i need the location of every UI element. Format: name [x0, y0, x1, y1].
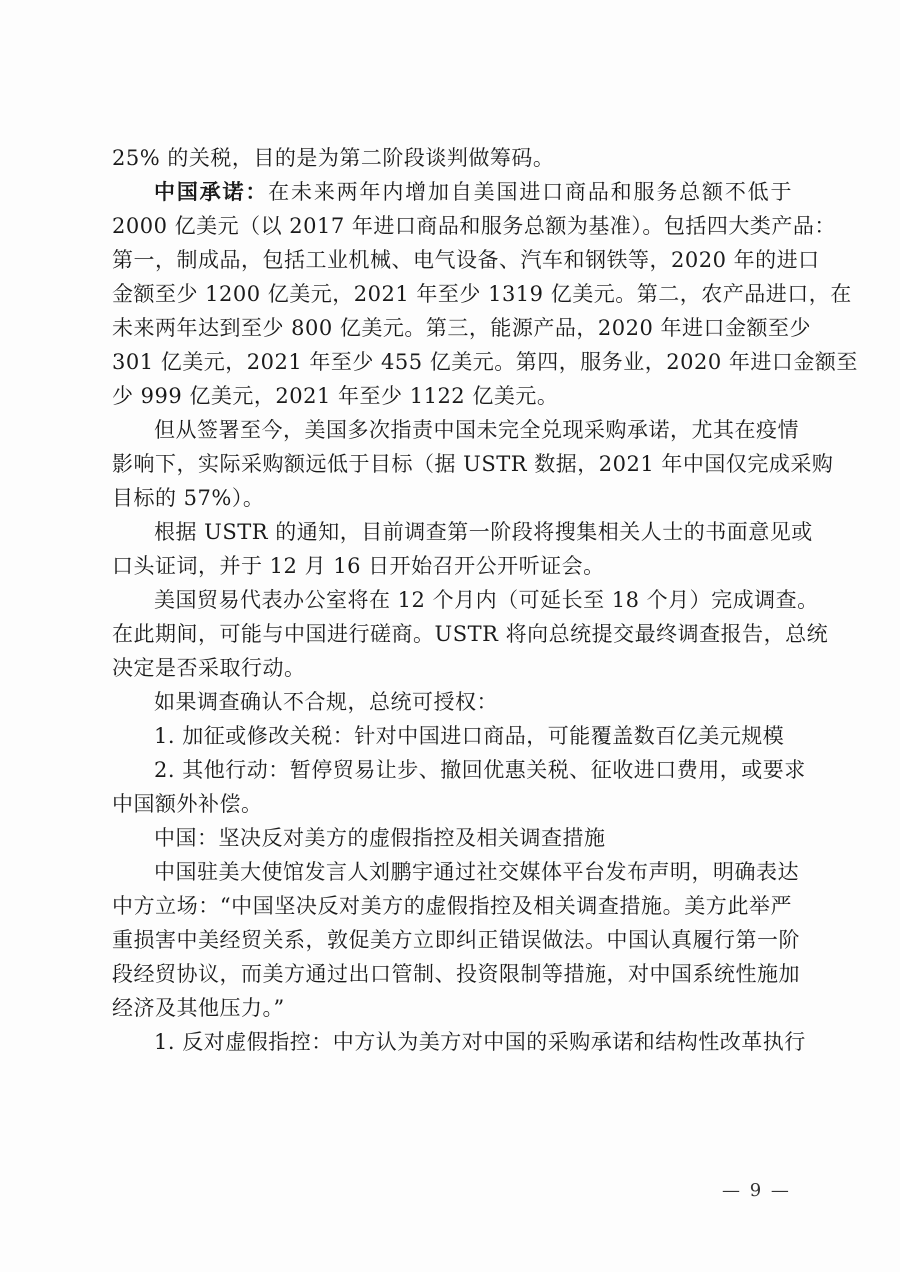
text-line: 段经贸协议，而美方通过出口管制、投资限制等措施，对中国系统性施加 [112, 957, 792, 991]
text-line: 第一，制成品，包括工业机械、电气设备、汽车和钢铁等，2020 年的进口 [112, 243, 792, 277]
line-text: 重损害中美经贸关系，敦促美方立即纠正错误做法。中国认真履行第一阶 [112, 928, 800, 952]
text-line: 美国贸易代表办公室将在 12 个月内（可延长至 18 个月）完成调查。 [112, 583, 792, 617]
line-text: 经济及其他压力。” [112, 996, 285, 1020]
line-text: 如果调查确认不合规，总统可授权： [154, 690, 498, 714]
text-line: 25% 的关税，目的是为第二阶段谈判做筹码。 [112, 141, 792, 175]
text-line: 但从签署至今，美国多次指责中国未完全兑现采购承诺，尤其在疫情 [112, 413, 792, 447]
text-line: 决定是否采取行动。 [112, 651, 792, 685]
text-line: 影响下，实际采购额远低于目标（据 USTR 数据，2021 年中国仅完成采购 [112, 447, 792, 481]
line-text: 第一，制成品，包括工业机械、电气设备、汽车和钢铁等，2020 年的进口 [112, 248, 820, 272]
text-line: 经济及其他压力。” [112, 991, 792, 1025]
text-line: 根据 USTR 的通知，目前调查第一阶段将搜集相关人士的书面意见或 [112, 515, 792, 549]
line-text: 段经贸协议，而美方通过出口管制、投资限制等措施，对中国系统性施加 [112, 962, 800, 986]
line-text: 2. 其他行动：暂停贸易让步、撤回优惠关税、征收进口费用，或要求 [154, 758, 806, 782]
text-line: 2. 其他行动：暂停贸易让步、撤回优惠关税、征收进口费用，或要求 [112, 753, 792, 787]
line-text: 1. 加征或修改关税：针对中国进口商品，可能覆盖数百亿美元规模 [154, 724, 784, 748]
text-line: 中方立场：“中国坚决反对美方的虚假指控及相关调查措施。美方此举严 [112, 889, 792, 923]
line-text: 目标的 57%）。 [112, 486, 264, 510]
line-text: 金额至少 1200 亿美元，2021 年至少 1319 亿美元。第二，农产品进口… [112, 282, 852, 306]
line-text: 中国驻美大使馆发言人刘鹏宇通过社交媒体平台发布声明，明确表达 [154, 860, 799, 884]
text-line: 在此期间，可能与中国进行磋商。USTR 将向总统提交最终调查报告，总统 [112, 617, 792, 651]
line-text: 决定是否采取行动。 [112, 656, 306, 680]
line-text: 未来两年达到至少 800 亿美元。第三，能源产品，2020 年进口金额至少 [112, 316, 811, 340]
text-line: 重损害中美经贸关系，敦促美方立即纠正错误做法。中国认真履行第一阶 [112, 923, 792, 957]
line-text: 根据 USTR 的通知，目前调查第一阶段将搜集相关人士的书面意见或 [154, 520, 813, 544]
line-text: 中国：坚决反对美方的虚假指控及相关调查措施 [154, 826, 606, 850]
line-text: 25% 的关税，目的是为第二阶段谈判做筹码。 [112, 146, 554, 170]
text-line: 口头证词，并于 12 月 16 日开始召开公开听证会。 [112, 549, 792, 583]
text-line: 金额至少 1200 亿美元，2021 年至少 1319 亿美元。第二，农产品进口… [112, 277, 792, 311]
text-line: 中国：坚决反对美方的虚假指控及相关调查措施 [112, 821, 792, 855]
line-text: 2000 亿美元（以 2017 年进口商品和服务总额为基准）。包括四大类产品： [112, 214, 836, 238]
line-text: 美国贸易代表办公室将在 12 个月内（可延长至 18 个月）完成调查。 [154, 588, 819, 612]
line-text: 口头证词，并于 12 月 16 日开始召开公开听证会。 [112, 554, 605, 578]
text-line: 目标的 57%）。 [112, 481, 792, 515]
line-text: 1. 反对虚假指控：中方认为美方对中国的采购承诺和结构性改革执行 [154, 1030, 806, 1054]
line-text: 但从签署至今，美国多次指责中国未完全兑现采购承诺，尤其在疫情 [154, 418, 799, 442]
text-line: 1. 加征或修改关税：针对中国进口商品，可能覆盖数百亿美元规模 [112, 719, 792, 753]
text-line: 1. 反对虚假指控：中方认为美方对中国的采购承诺和结构性改革执行 [112, 1025, 792, 1059]
page-number: — 9 — [722, 1180, 791, 1201]
text-line: 2000 亿美元（以 2017 年进口商品和服务总额为基准）。包括四大类产品： [112, 209, 792, 243]
text-line: 未来两年达到至少 800 亿美元。第三，能源产品，2020 年进口金额至少 [112, 311, 792, 345]
text-line: 中国驻美大使馆发言人刘鹏宇通过社交媒体平台发布声明，明确表达 [112, 855, 792, 889]
line-text: 中方立场：“中国坚决反对美方的虚假指控及相关调查措施。美方此举严 [112, 894, 792, 918]
line-text: 中国额外补偿。 [112, 792, 263, 816]
text-line: 301 亿美元，2021 年至少 455 亿美元。第四，服务业，2020 年进口… [112, 345, 792, 379]
line-text: 在未来两年内增加自美国进口商品和服务总额不低于 [268, 180, 792, 204]
text-line: 中国额外补偿。 [112, 787, 792, 821]
line-text: 影响下，实际采购额远低于目标（据 USTR 数据，2021 年中国仅完成采购 [112, 452, 833, 476]
bold-heading: 中国承诺： [154, 180, 268, 204]
text-line: 少 999 亿美元，2021 年至少 1122 亿美元。 [112, 379, 792, 413]
line-text: 在此期间，可能与中国进行磋商。USTR 将向总统提交最终调查报告，总统 [112, 622, 828, 646]
document-body: 25% 的关税，目的是为第二阶段谈判做筹码。中国承诺：在未来两年内增加自美国进口… [112, 141, 792, 1059]
text-line: 中国承诺：在未来两年内增加自美国进口商品和服务总额不低于 [112, 175, 792, 209]
line-text: 301 亿美元，2021 年至少 455 亿美元。第四，服务业，2020 年进口… [112, 350, 858, 374]
line-text: 少 999 亿美元，2021 年至少 1122 亿美元。 [112, 384, 558, 408]
text-line: 如果调查确认不合规，总统可授权： [112, 685, 792, 719]
